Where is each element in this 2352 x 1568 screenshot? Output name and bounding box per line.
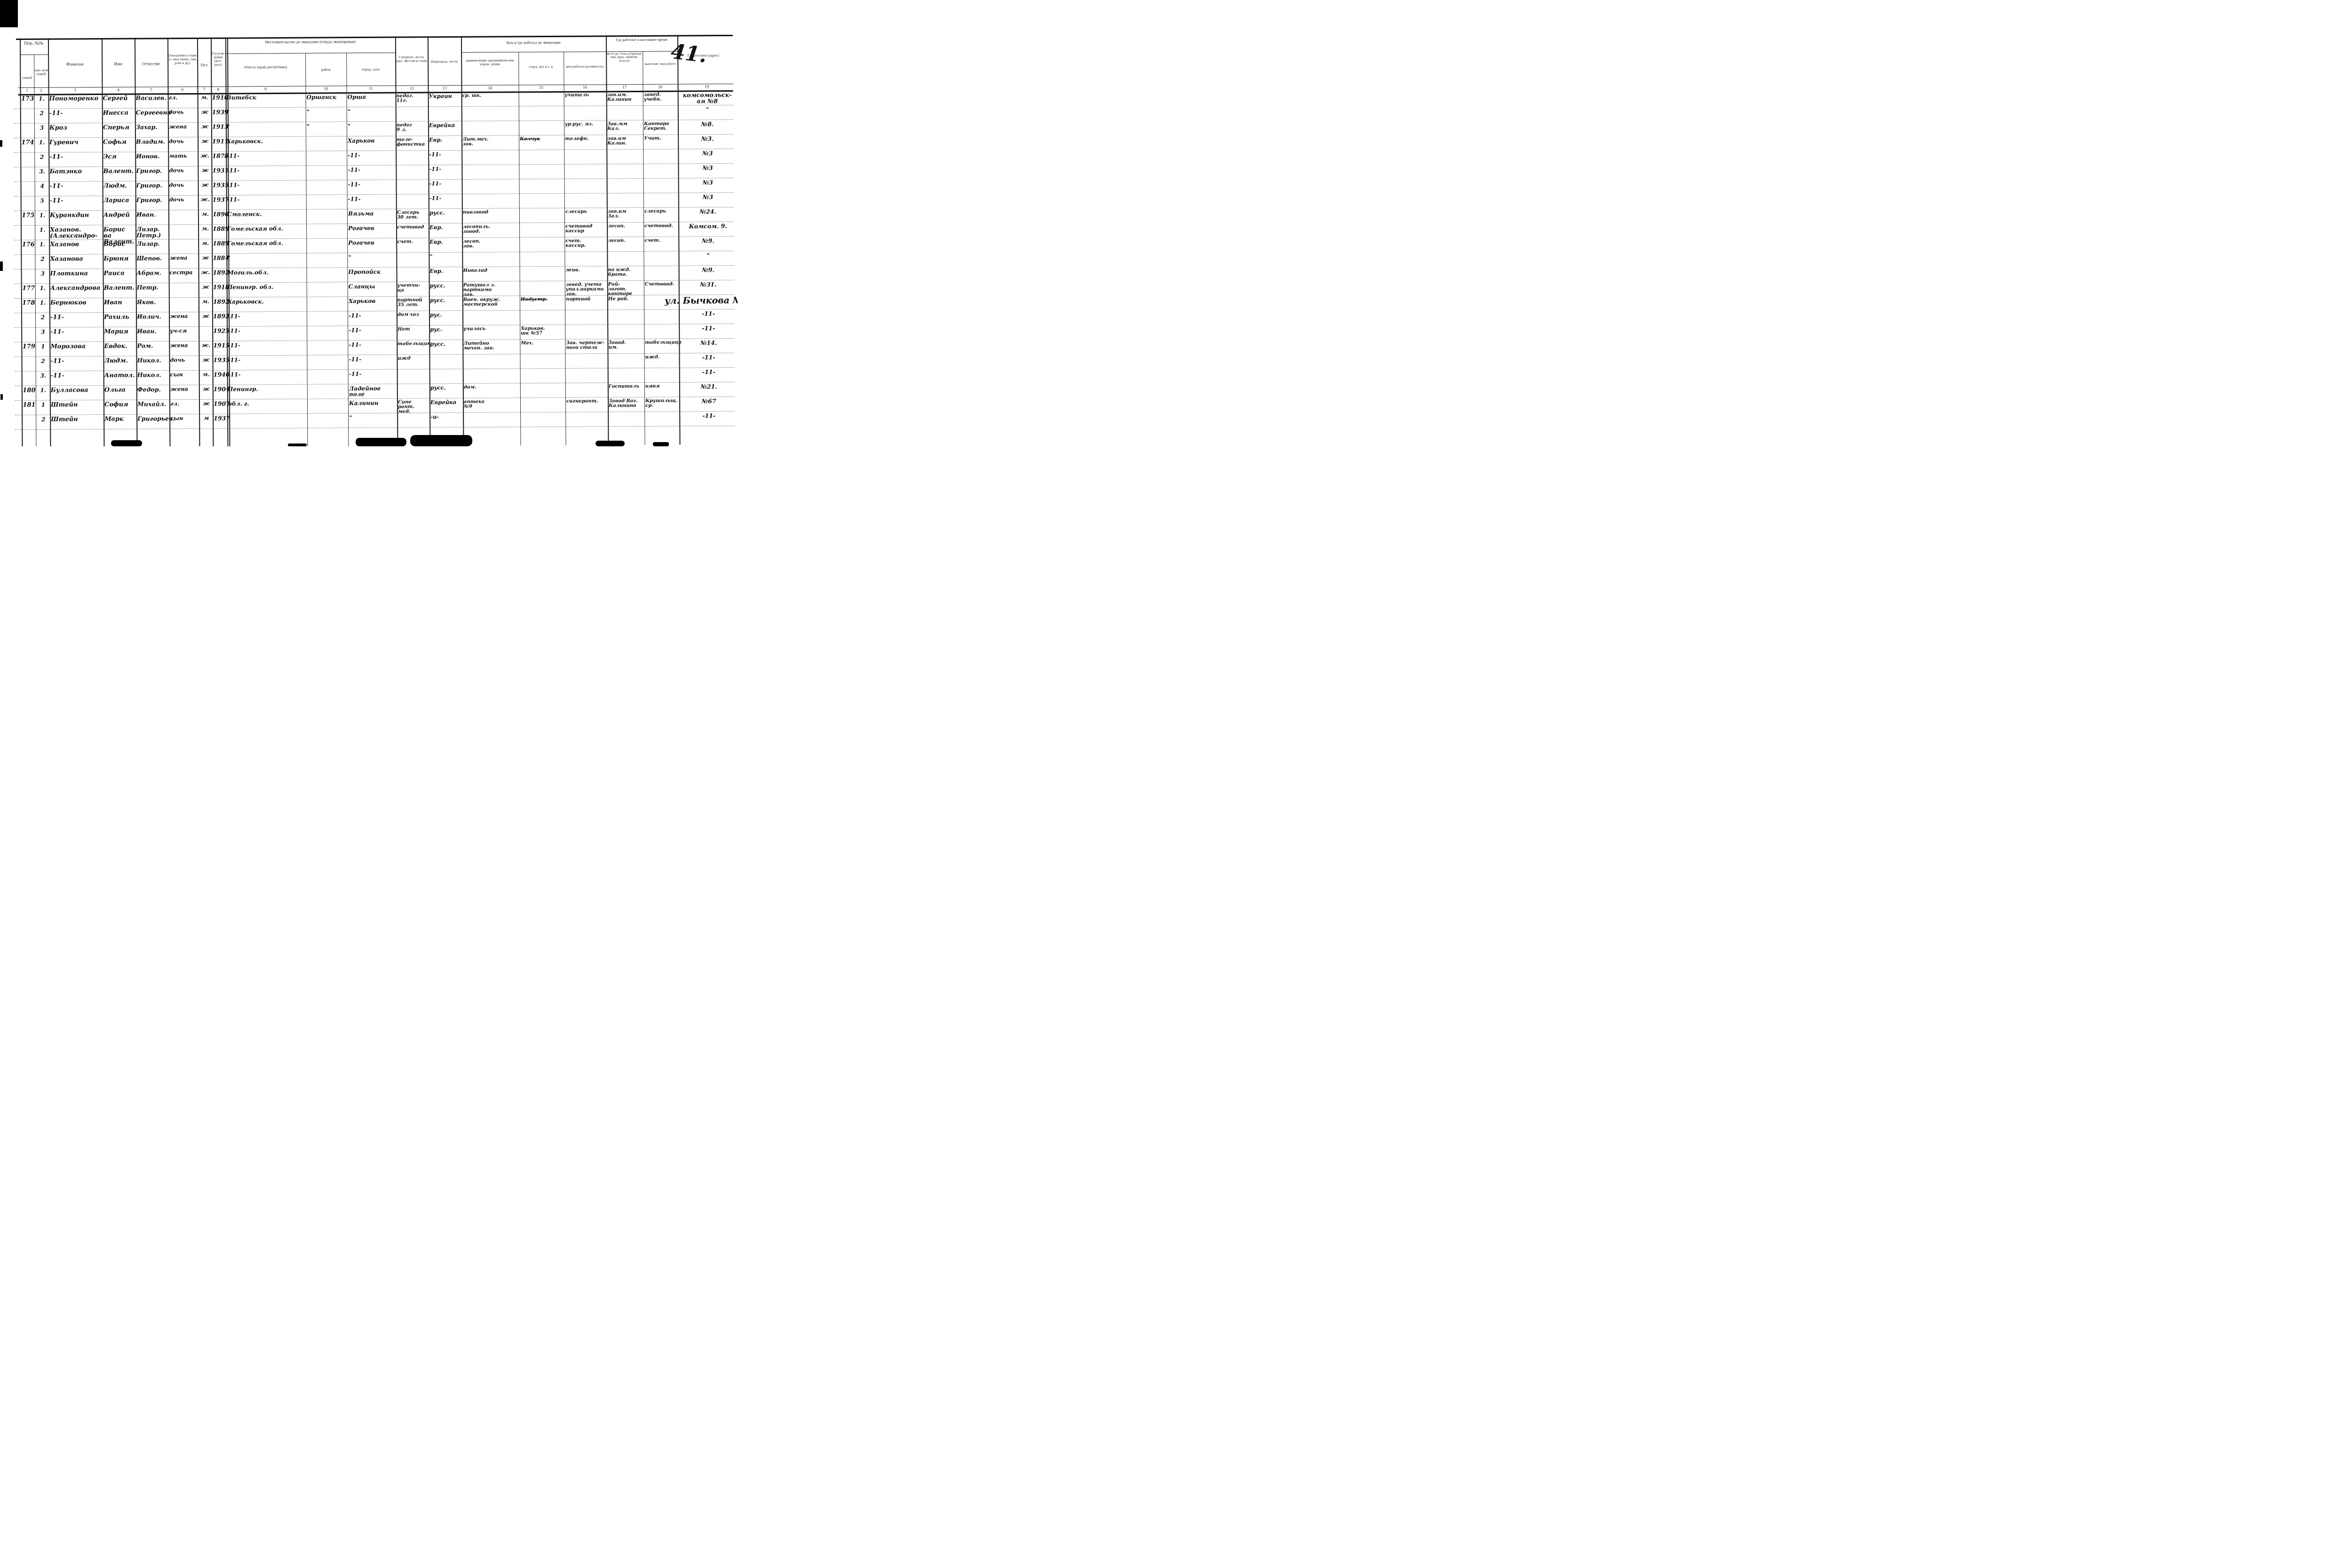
cell-c16: счет. кассир. (565, 238, 607, 248)
cell-c11: " (348, 109, 396, 115)
cell-mem: 1. (35, 96, 48, 102)
header-gde-group: Где работает в настоящее время (606, 38, 677, 42)
cell-c13: русс. (429, 210, 462, 216)
cell-c8: 1892 (213, 270, 227, 276)
scan-edge-mark (0, 261, 3, 271)
cell-c14: Воен. окруж. мастерской (463, 297, 520, 307)
cell-c4: Борис (103, 241, 135, 247)
cell-c15: Харьков. шк №57 (521, 326, 565, 336)
cell-c13: -и- (430, 414, 463, 420)
corner-note: 41. (669, 40, 708, 68)
cell-c11: Вязьма (348, 211, 396, 217)
column-number: 14 (461, 86, 518, 90)
cell-c16: слесарь (565, 209, 607, 214)
cell-c4: Людм. (104, 358, 136, 364)
cell-c8: 1925 (213, 328, 227, 334)
cell-c3: -11- (49, 110, 102, 117)
cell-c9: Гомельская обл. (227, 240, 306, 246)
cell-c4: Анатол. (104, 372, 136, 379)
header-pol: Пол (197, 63, 211, 67)
column-number: 9 (225, 87, 305, 92)
scan-bottom-blot (111, 440, 142, 446)
cell-c5: Иван. (137, 328, 169, 334)
cell-c7: м. (199, 299, 212, 305)
cell-c6: жена (169, 255, 198, 261)
cell-c17: Завод Ваг. Калинина (609, 399, 644, 408)
scan-edge-mark (0, 140, 2, 147)
cell-c19: -11- (680, 413, 738, 419)
cell-c18: счетовод. (644, 224, 678, 229)
cell-mem: 1. (37, 388, 50, 393)
cell-fam: 180 (23, 388, 36, 394)
cell-c19: -11- (680, 311, 737, 317)
cell-c12: ижд (397, 356, 429, 361)
row-separator (15, 426, 735, 430)
cell-c7: м. (200, 372, 213, 378)
cell-c19: №8. (679, 121, 736, 127)
cell-c8: 1890 (213, 212, 226, 218)
cell-c3: -11- (50, 183, 103, 190)
cell-c5: Захар. (136, 124, 168, 130)
cell-c7: ж. (199, 197, 212, 203)
cell-c3: Куранкдин (50, 212, 103, 219)
cell-c5: Сергеевна (136, 110, 168, 116)
cell-c19: №14. (680, 340, 737, 346)
cell-c6: дочь (170, 357, 199, 363)
cell-c6: дочь (169, 197, 198, 203)
cell-c19: №3 (679, 150, 736, 157)
cell-c8: 1915 (213, 343, 227, 349)
cell-mem: 1 (36, 344, 49, 349)
cell-c13: Евр. (429, 137, 461, 143)
cell-c5: Лизар. Петр.) (136, 226, 168, 238)
cell-c7: ж (199, 357, 212, 363)
cell-c11: " (348, 123, 396, 129)
cell-c11: -11- (348, 182, 396, 188)
cell-c8: 1939 (212, 110, 226, 116)
cell-c5: Абрам. (137, 270, 169, 276)
column-number: 5 (135, 87, 167, 92)
header-imya: Имя (102, 63, 135, 67)
column-number: 18 (643, 85, 677, 90)
column-number: 4 (102, 88, 135, 93)
header-oblast: область (край, республика) (225, 65, 305, 70)
header-raion: район (305, 68, 346, 72)
cell-c4: Мария (104, 329, 136, 335)
cell-c3: -11- (49, 154, 102, 160)
cell-c8: 1907 (214, 401, 227, 407)
cell-c3: Морозова (50, 343, 103, 350)
cell-c18: табельщица (645, 341, 679, 345)
cell-c11: -11- (349, 342, 397, 348)
cell-c14: аптека №9 (464, 399, 520, 409)
cell-c7: ж (200, 387, 213, 392)
cell-mem: 2 (35, 111, 48, 116)
cell-c9: -11- (227, 167, 306, 174)
cell-mem: 3. (37, 373, 50, 379)
cell-c16: телефн. (565, 136, 606, 141)
cell-c5: Григорьев. (137, 416, 169, 422)
cell-c9: -11- (228, 372, 307, 378)
cell-c7: м. (199, 226, 212, 232)
cell-c5: Петр. (137, 285, 169, 291)
cell-c14: пивзавод (463, 210, 519, 215)
cell-c7: ж (199, 255, 212, 261)
cell-c7: м. (199, 212, 212, 217)
cell-c9: -11- (228, 313, 307, 319)
cell-c3: Кроз (49, 125, 102, 131)
cell-c7: ж (199, 285, 212, 290)
cell-c6: мать (169, 153, 198, 159)
cell-c14: Инвалид (463, 268, 520, 273)
cell-c7: ж (199, 110, 211, 115)
cell-c19: №3 (679, 165, 736, 171)
cell-c7: ж (199, 168, 211, 174)
cell-fam: 179 (22, 344, 35, 350)
scan-corner-blot (0, 0, 18, 27)
cell-fam: 173 (21, 96, 34, 102)
header-otchestvo: Отчество (135, 62, 167, 67)
cell-c4: Раиса (104, 270, 136, 277)
cell-c9: " (227, 109, 306, 115)
column-number: 13 (428, 86, 461, 91)
cell-c3: Хазанов (50, 241, 103, 248)
cell-c17: Не раб. (608, 297, 644, 301)
scan-bottom-blot (410, 435, 472, 446)
cell-mem: 1. (36, 213, 49, 218)
cell-c17: на ижд. брата. (608, 268, 644, 277)
cell-mem: 1. (36, 285, 49, 291)
cell-c9: Гомельская обл. (227, 226, 306, 232)
cell-c8: 1940 (214, 372, 227, 378)
cell-c5: Василев. (136, 95, 168, 101)
cell-c8: 1931 (212, 168, 226, 174)
cell-c4: Евдок. (104, 343, 136, 349)
cell-c5: Ионов. (136, 153, 168, 159)
cell-c7: ж. (199, 153, 211, 159)
cell-c5: Федор. (137, 387, 169, 393)
cell-c8: 1937 (214, 416, 227, 422)
cell-c4: Брюня (103, 256, 135, 262)
cell-c6: сын (170, 372, 199, 378)
cell-c7: ж (199, 124, 211, 130)
cell-c19: №9. (679, 238, 737, 244)
cell-c3: Гуревич (49, 139, 102, 146)
cell-c14: училась (463, 326, 520, 332)
header-semey: семей (19, 76, 35, 80)
scan-edge-mark (0, 394, 3, 400)
cell-c3: Хазанов. (Александро- (50, 227, 103, 239)
cell-mem: 1. (36, 300, 49, 306)
cell-c19: " (679, 253, 737, 259)
cell-c8: 1878 (212, 153, 226, 159)
column-number: 16 (564, 85, 606, 90)
cell-c13: -11- (429, 166, 461, 172)
cell-c11: -11- (348, 196, 396, 202)
cell-c9: -11- (228, 328, 307, 334)
cell-c12: Слесарь 30 лет. (397, 210, 429, 220)
cell-mem: 3. (35, 169, 48, 174)
cell-c14: дом. (464, 385, 520, 390)
cell-c17: Завод. им. (608, 341, 644, 350)
cell-c13: Еврейка (430, 400, 463, 405)
cell-c15: Колчук (520, 137, 564, 142)
cell-c13: " (429, 254, 462, 260)
cell-c6: сестра (170, 270, 199, 276)
header-spec: Специаль- ность (про- фессия и стаж) (395, 55, 428, 63)
header-chlenov: чле- нов семей (34, 69, 48, 77)
cell-c5: Иолич. (137, 314, 169, 320)
cell-c4: Валент. (104, 285, 136, 291)
cell-c13: русс. (430, 341, 462, 347)
scan-bottom-blot (356, 438, 406, 446)
cell-c3: -11- (50, 198, 103, 204)
column-number: 1 (20, 88, 34, 93)
cell-c16: счетовод кассир (565, 224, 607, 233)
cell-c8: 1913 (212, 124, 226, 130)
cell-c11: " (348, 254, 396, 261)
cell-c7: ж (200, 401, 213, 407)
cell-c13: русс. (430, 385, 463, 391)
cell-c3: Батэнко (49, 168, 102, 175)
cell-mem: 2 (36, 315, 49, 320)
cell-c5: Яков. (137, 299, 169, 305)
cell-c14: Ратушал з. парткома зав. (463, 283, 520, 297)
cell-c19: №3 (679, 180, 737, 186)
cell-c6: дочь (169, 110, 198, 115)
cell-c7: м. (199, 95, 211, 101)
cell-c14: ср. шк. (462, 93, 519, 98)
header-familia: Фамилия (48, 63, 102, 68)
cell-c10: " (307, 109, 347, 114)
cell-c19: -11- (680, 325, 737, 332)
column-rule (564, 52, 566, 445)
cell-c7: ж (199, 139, 211, 144)
cell-c18: Учит. (644, 136, 678, 141)
cell-c19: -11- (680, 355, 737, 361)
cell-c19: №9. (680, 267, 737, 273)
column-number: 8 (211, 87, 225, 92)
cell-c6: жена (169, 124, 198, 130)
cell-c8: 1904 (214, 387, 227, 393)
scan-bottom-blot (653, 442, 669, 446)
cell-c6: гл. (170, 401, 199, 407)
cell-c18: ижд. (645, 355, 679, 360)
column-number: 6 (167, 87, 197, 92)
cell-c10: Оршанск (307, 94, 347, 100)
cell-c12: табельщик (397, 341, 429, 346)
cell-c9: Харьковск. (228, 299, 307, 305)
cell-c4: Марк (104, 416, 136, 422)
cell-c3: -11- (51, 372, 103, 379)
cell-c3: Бернюков (50, 300, 103, 306)
cell-mem: 2 (36, 256, 49, 262)
cell-c11: Сланцы (349, 284, 397, 290)
cell-c8: 1884 (213, 255, 226, 261)
cell-c3: Штейн (51, 416, 103, 423)
header-naimenovanie: наименование предприятия или учреж- дени… (461, 58, 518, 66)
cell-c11: Рогачев (348, 240, 396, 246)
cell-c14: Литейно механ. зав. (463, 341, 520, 351)
cell-c13: русс. (430, 298, 462, 303)
cell-c8: 1889 (213, 226, 226, 232)
column-number: 3 (48, 88, 102, 93)
cell-c16: учитель (565, 93, 606, 97)
cell-c19: Комсом. 9. (679, 223, 737, 230)
cell-c6: уч-ся (170, 328, 199, 334)
cell-c3: -11- (50, 358, 103, 364)
cell-c9: Харьковск. (227, 138, 306, 144)
header-otdel: отдел, цех и т. д. (518, 65, 564, 69)
cell-c8: 1911 (212, 139, 226, 145)
cell-c18: Крушильщ. ср. (645, 399, 679, 408)
cell-c9: Могиль.обл. (228, 269, 307, 276)
cell-c13: -11- (429, 152, 461, 158)
cell-mem: 3 (36, 329, 49, 335)
cell-c9: Ленингр. обл. (228, 284, 307, 290)
cell-c16: жив. (566, 268, 607, 272)
cell-c8: 1892 (213, 299, 227, 305)
cell-c19: №3. (679, 136, 736, 142)
cell-mem: 5 (36, 198, 49, 204)
scan-bottom-blot (288, 443, 307, 446)
cell-c6: жена (170, 314, 199, 319)
cell-c11: -11- (348, 152, 396, 158)
cell-c17: Зав.мм Кал. (607, 122, 643, 131)
cell-fam: 177 (22, 285, 35, 292)
cell-c8: 1937 (213, 197, 226, 203)
cell-c9: -11- (227, 153, 306, 159)
cell-c8: 1935 (213, 357, 227, 364)
cell-c12: Сине рант. мед. (398, 400, 429, 414)
cell-c5: Никол. (137, 357, 169, 364)
cell-c11: " (349, 415, 397, 421)
cell-c6: жена (170, 387, 199, 392)
cell-c3: -11- (50, 314, 103, 321)
cell-c9: -11- (228, 342, 307, 348)
scanned-document-page: { "page": { "corner_note": "41." }, "col… (0, 0, 738, 446)
cell-c5: Никол. (137, 372, 169, 378)
scan-bottom-blot (596, 441, 625, 446)
cell-c4: Инесса (103, 110, 135, 116)
cell-c5: Григор. (136, 197, 168, 203)
cell-c5: Ром. (137, 343, 169, 349)
column-number: 10 (305, 87, 346, 91)
cell-c3: Плоткина (50, 270, 103, 277)
cell-c12: педаг 9 л. (397, 123, 428, 132)
cell-c19: №24. (679, 209, 737, 215)
cell-c18: Счетовод. (645, 282, 679, 287)
cell-c12: счет. (397, 239, 429, 244)
cell-mem: 3 (35, 125, 48, 131)
cell-c13: Евр. (429, 239, 462, 245)
cell-c14: лесоп. зав. (463, 239, 519, 249)
cell-c13: Евр. (430, 269, 462, 274)
cell-c13: Украин (429, 94, 461, 99)
cell-c4: София (104, 402, 136, 408)
cell-c6: сын (170, 416, 199, 421)
cell-fam: 175 (22, 213, 35, 219)
cell-c11: -11- (349, 313, 397, 319)
cell-c19: №3 (679, 194, 737, 200)
cell-c9: -11- (227, 182, 306, 188)
cell-c17: зав.им Зал. (608, 209, 644, 219)
cell-c11: -11- (349, 371, 397, 377)
cell-c4: Валент. (103, 168, 135, 174)
cell-c4: Рахиль (104, 314, 136, 320)
cell-c13: русс. (430, 283, 462, 289)
cell-c15: Мех. (521, 341, 565, 346)
cell-c9: Ленингр. (228, 386, 307, 392)
cell-c12: дом хоз (397, 312, 429, 317)
column-number: 15 (518, 86, 564, 90)
cell-c19: №31. (680, 282, 737, 288)
cell-c18: завед. учебн. (644, 93, 678, 102)
cell-c8: 1935 (213, 182, 226, 189)
cell-c11: Калинин (349, 400, 397, 406)
cell-c12: счетовод (397, 225, 429, 230)
cell-c10: " (307, 123, 347, 129)
cell-c16: сигнерант. (566, 399, 608, 404)
cell-fam: 176 (22, 242, 35, 248)
cell-c17: Рай- загот. конторе (608, 282, 644, 296)
cell-c16: завед. учета упол.наркома зав. (566, 282, 607, 296)
cell-c8: 1889 (213, 241, 226, 247)
cell-c8: 1892 (213, 314, 227, 320)
cell-c4: Ольга (104, 387, 136, 393)
cell-c11: -11- (348, 167, 396, 173)
cell-c12: теле- фонистка (397, 137, 428, 147)
cell-mem: 1. (36, 227, 49, 233)
cell-c6: жена (170, 343, 199, 348)
cell-fam: 178 (22, 300, 35, 306)
header-kem-group: Кем и где работал до эвакуации (461, 40, 606, 45)
cell-c11: Харьков (348, 138, 396, 144)
header-por: Пор. №№ (16, 41, 52, 47)
cell-c9: " (227, 255, 306, 261)
cell-c16: ур.рус. яз. (565, 122, 606, 127)
cell-c8: 1918 (213, 285, 227, 291)
cell-c3: Булласова (51, 387, 103, 394)
cell-c18: Контора Секрет. (644, 122, 678, 131)
cell-c17: лесоп. (608, 238, 644, 243)
cell-mem: 3 (36, 271, 49, 277)
cell-c16: портной (566, 297, 607, 301)
cell-mem: 1. (36, 242, 49, 247)
cell-c6: дочь (169, 168, 198, 174)
cell-c9: обл. г. (228, 401, 307, 407)
cell-c16: Зав. чертеж- ного стола (566, 341, 607, 350)
cell-c13: Евр. (429, 225, 462, 230)
cell-c5: Григор. (136, 182, 168, 189)
cell-c6: дочь (169, 182, 198, 188)
cell-c5: Лизар. (136, 241, 168, 247)
cell-c8: 1910 (212, 95, 226, 101)
cell-c12: Нет (397, 327, 429, 332)
cell-c14: лесопиль. завод. (463, 224, 519, 234)
cell-c17: Госпиталь (609, 384, 644, 389)
header-kem-rabotal: кем работал (должность) (564, 64, 606, 68)
cell-c19: №67 (680, 398, 738, 404)
header-mesto-raboty: место ра- боты (учрежде- ние, пред- прия… (606, 52, 643, 63)
cell-mem: 2 (36, 358, 49, 364)
cell-c9: -11- (227, 197, 306, 203)
cell-c19: №21. (680, 384, 738, 390)
header-otnoshenie: Отношение к главе се- мьи (жена, сын, до… (167, 54, 197, 65)
header-god: Год рож- дения (воз- раст) (211, 52, 225, 67)
header-nac: Националь- ность (428, 60, 461, 63)
cell-c4: Сергей (103, 95, 135, 102)
